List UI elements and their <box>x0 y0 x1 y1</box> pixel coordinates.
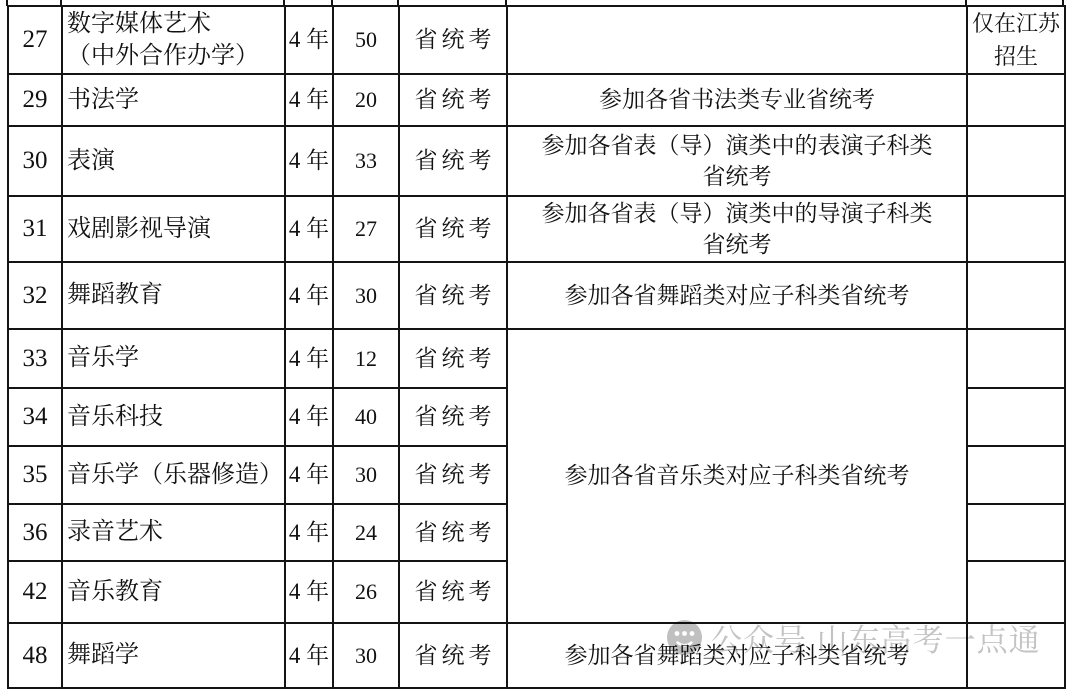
region-note-cell <box>967 504 1065 561</box>
quota-cell: 12 <box>333 329 399 388</box>
exam-type-cell: 省统考 <box>399 262 507 329</box>
quota-cell: 40 <box>333 388 399 446</box>
quota-cell: 50 <box>333 6 399 74</box>
region-note-cell <box>967 561 1065 623</box>
table-row: 48 舞蹈学 4 年 30 省统考 参加各省舞蹈类对应子科类省统考 <box>8 623 1065 688</box>
major-cell: 音乐教育 <box>62 561 285 623</box>
region-note-cell <box>967 74 1065 126</box>
duration-cell: 4 年 <box>285 6 333 74</box>
duration-cell: 4 年 <box>285 262 333 329</box>
seq-cell: 29 <box>8 74 62 126</box>
exam-type-cell: 省统考 <box>399 126 507 196</box>
region-note-cell <box>967 126 1065 196</box>
major-cell: 录音艺术 <box>62 504 285 561</box>
table-row: 29 书法学 4 年 20 省统考 参加各省书法类专业省统考 <box>8 74 1065 126</box>
admissions-plan-table: 27 数字媒体艺术 （中外合作办学） 4 年 50 省统考 仅在江苏招生 29 … <box>7 5 1066 689</box>
seq-cell: 32 <box>8 262 62 329</box>
quota-cell: 24 <box>333 504 399 561</box>
quota-cell: 33 <box>333 126 399 196</box>
duration-cell: 4 年 <box>285 446 333 504</box>
exam-type-cell: 省统考 <box>399 446 507 504</box>
exam-type-cell: 省统考 <box>399 74 507 126</box>
region-note-cell <box>967 623 1065 688</box>
remark-cell: 参加各省表（导）演类中的导演子科类 省统考 <box>507 196 967 262</box>
duration-cell: 4 年 <box>285 561 333 623</box>
seq-cell: 42 <box>8 561 62 623</box>
major-cell: 音乐学（乐器修造） <box>62 446 285 504</box>
major-cell: 音乐科技 <box>62 388 285 446</box>
table-row: 30 表演 4 年 33 省统考 参加各省表（导）演类中的表演子科类 省统考 <box>8 126 1065 196</box>
exam-type-cell: 省统考 <box>399 623 507 688</box>
seq-cell: 31 <box>8 196 62 262</box>
region-note-cell: 仅在江苏招生 <box>967 6 1065 74</box>
major-cell: 音乐学 <box>62 329 285 388</box>
major-line1: 数字媒体艺术 <box>67 8 284 40</box>
seq-cell: 30 <box>8 126 62 196</box>
quota-cell: 30 <box>333 262 399 329</box>
region-note-cell <box>967 196 1065 262</box>
table-row: 27 数字媒体艺术 （中外合作办学） 4 年 50 省统考 仅在江苏招生 <box>8 6 1065 74</box>
seq-cell: 33 <box>8 329 62 388</box>
duration-cell: 4 年 <box>285 504 333 561</box>
duration-cell: 4 年 <box>285 196 333 262</box>
table-row: 33 音乐学 4 年 12 省统考 参加各省音乐类对应子科类省统考 <box>8 329 1065 388</box>
major-line2: （中外合作办学） <box>67 40 284 72</box>
region-note-cell <box>967 262 1065 329</box>
remark-cell <box>507 6 967 74</box>
region-note-cell <box>967 446 1065 504</box>
duration-cell: 4 年 <box>285 623 333 688</box>
major-cell: 表演 <box>62 126 285 196</box>
quota-cell: 26 <box>333 561 399 623</box>
exam-type-cell: 省统考 <box>399 6 507 74</box>
remark-cell: 参加各省舞蹈类对应子科类省统考 <box>507 623 967 688</box>
document-page: 27 数字媒体艺术 （中外合作办学） 4 年 50 省统考 仅在江苏招生 29 … <box>0 0 1080 694</box>
table-row: 32 舞蹈教育 4 年 30 省统考 参加各省舞蹈类对应子科类省统考 <box>8 262 1065 329</box>
major-cell: 舞蹈学 <box>62 623 285 688</box>
major-cell: 书法学 <box>62 74 285 126</box>
remark-cell: 参加各省表（导）演类中的表演子科类 省统考 <box>507 126 967 196</box>
duration-cell: 4 年 <box>285 388 333 446</box>
major-cell: 舞蹈教育 <box>62 262 285 329</box>
exam-type-cell: 省统考 <box>399 196 507 262</box>
quota-cell: 30 <box>333 623 399 688</box>
seq-cell: 36 <box>8 504 62 561</box>
duration-cell: 4 年 <box>285 74 333 126</box>
remark-cell: 参加各省舞蹈类对应子科类省统考 <box>507 262 967 329</box>
seq-cell: 27 <box>8 6 62 74</box>
duration-cell: 4 年 <box>285 126 333 196</box>
region-note-cell <box>967 329 1065 388</box>
major-cell: 戏剧影视导演 <box>62 196 285 262</box>
duration-cell: 4 年 <box>285 329 333 388</box>
seq-cell: 48 <box>8 623 62 688</box>
quota-cell: 27 <box>333 196 399 262</box>
table-row: 31 戏剧影视导演 4 年 27 省统考 参加各省表（导）演类中的导演子科类 省… <box>8 196 1065 262</box>
quota-cell: 30 <box>333 446 399 504</box>
exam-type-cell: 省统考 <box>399 388 507 446</box>
major-cell: 数字媒体艺术 （中外合作办学） <box>62 6 285 74</box>
merged-remark-cell: 参加各省音乐类对应子科类省统考 <box>507 329 967 623</box>
quota-cell: 20 <box>333 74 399 126</box>
exam-type-cell: 省统考 <box>399 329 507 388</box>
exam-type-cell: 省统考 <box>399 504 507 561</box>
seq-cell: 35 <box>8 446 62 504</box>
region-note-cell <box>967 388 1065 446</box>
exam-type-cell: 省统考 <box>399 561 507 623</box>
seq-cell: 34 <box>8 388 62 446</box>
remark-cell: 参加各省书法类专业省统考 <box>507 74 967 126</box>
